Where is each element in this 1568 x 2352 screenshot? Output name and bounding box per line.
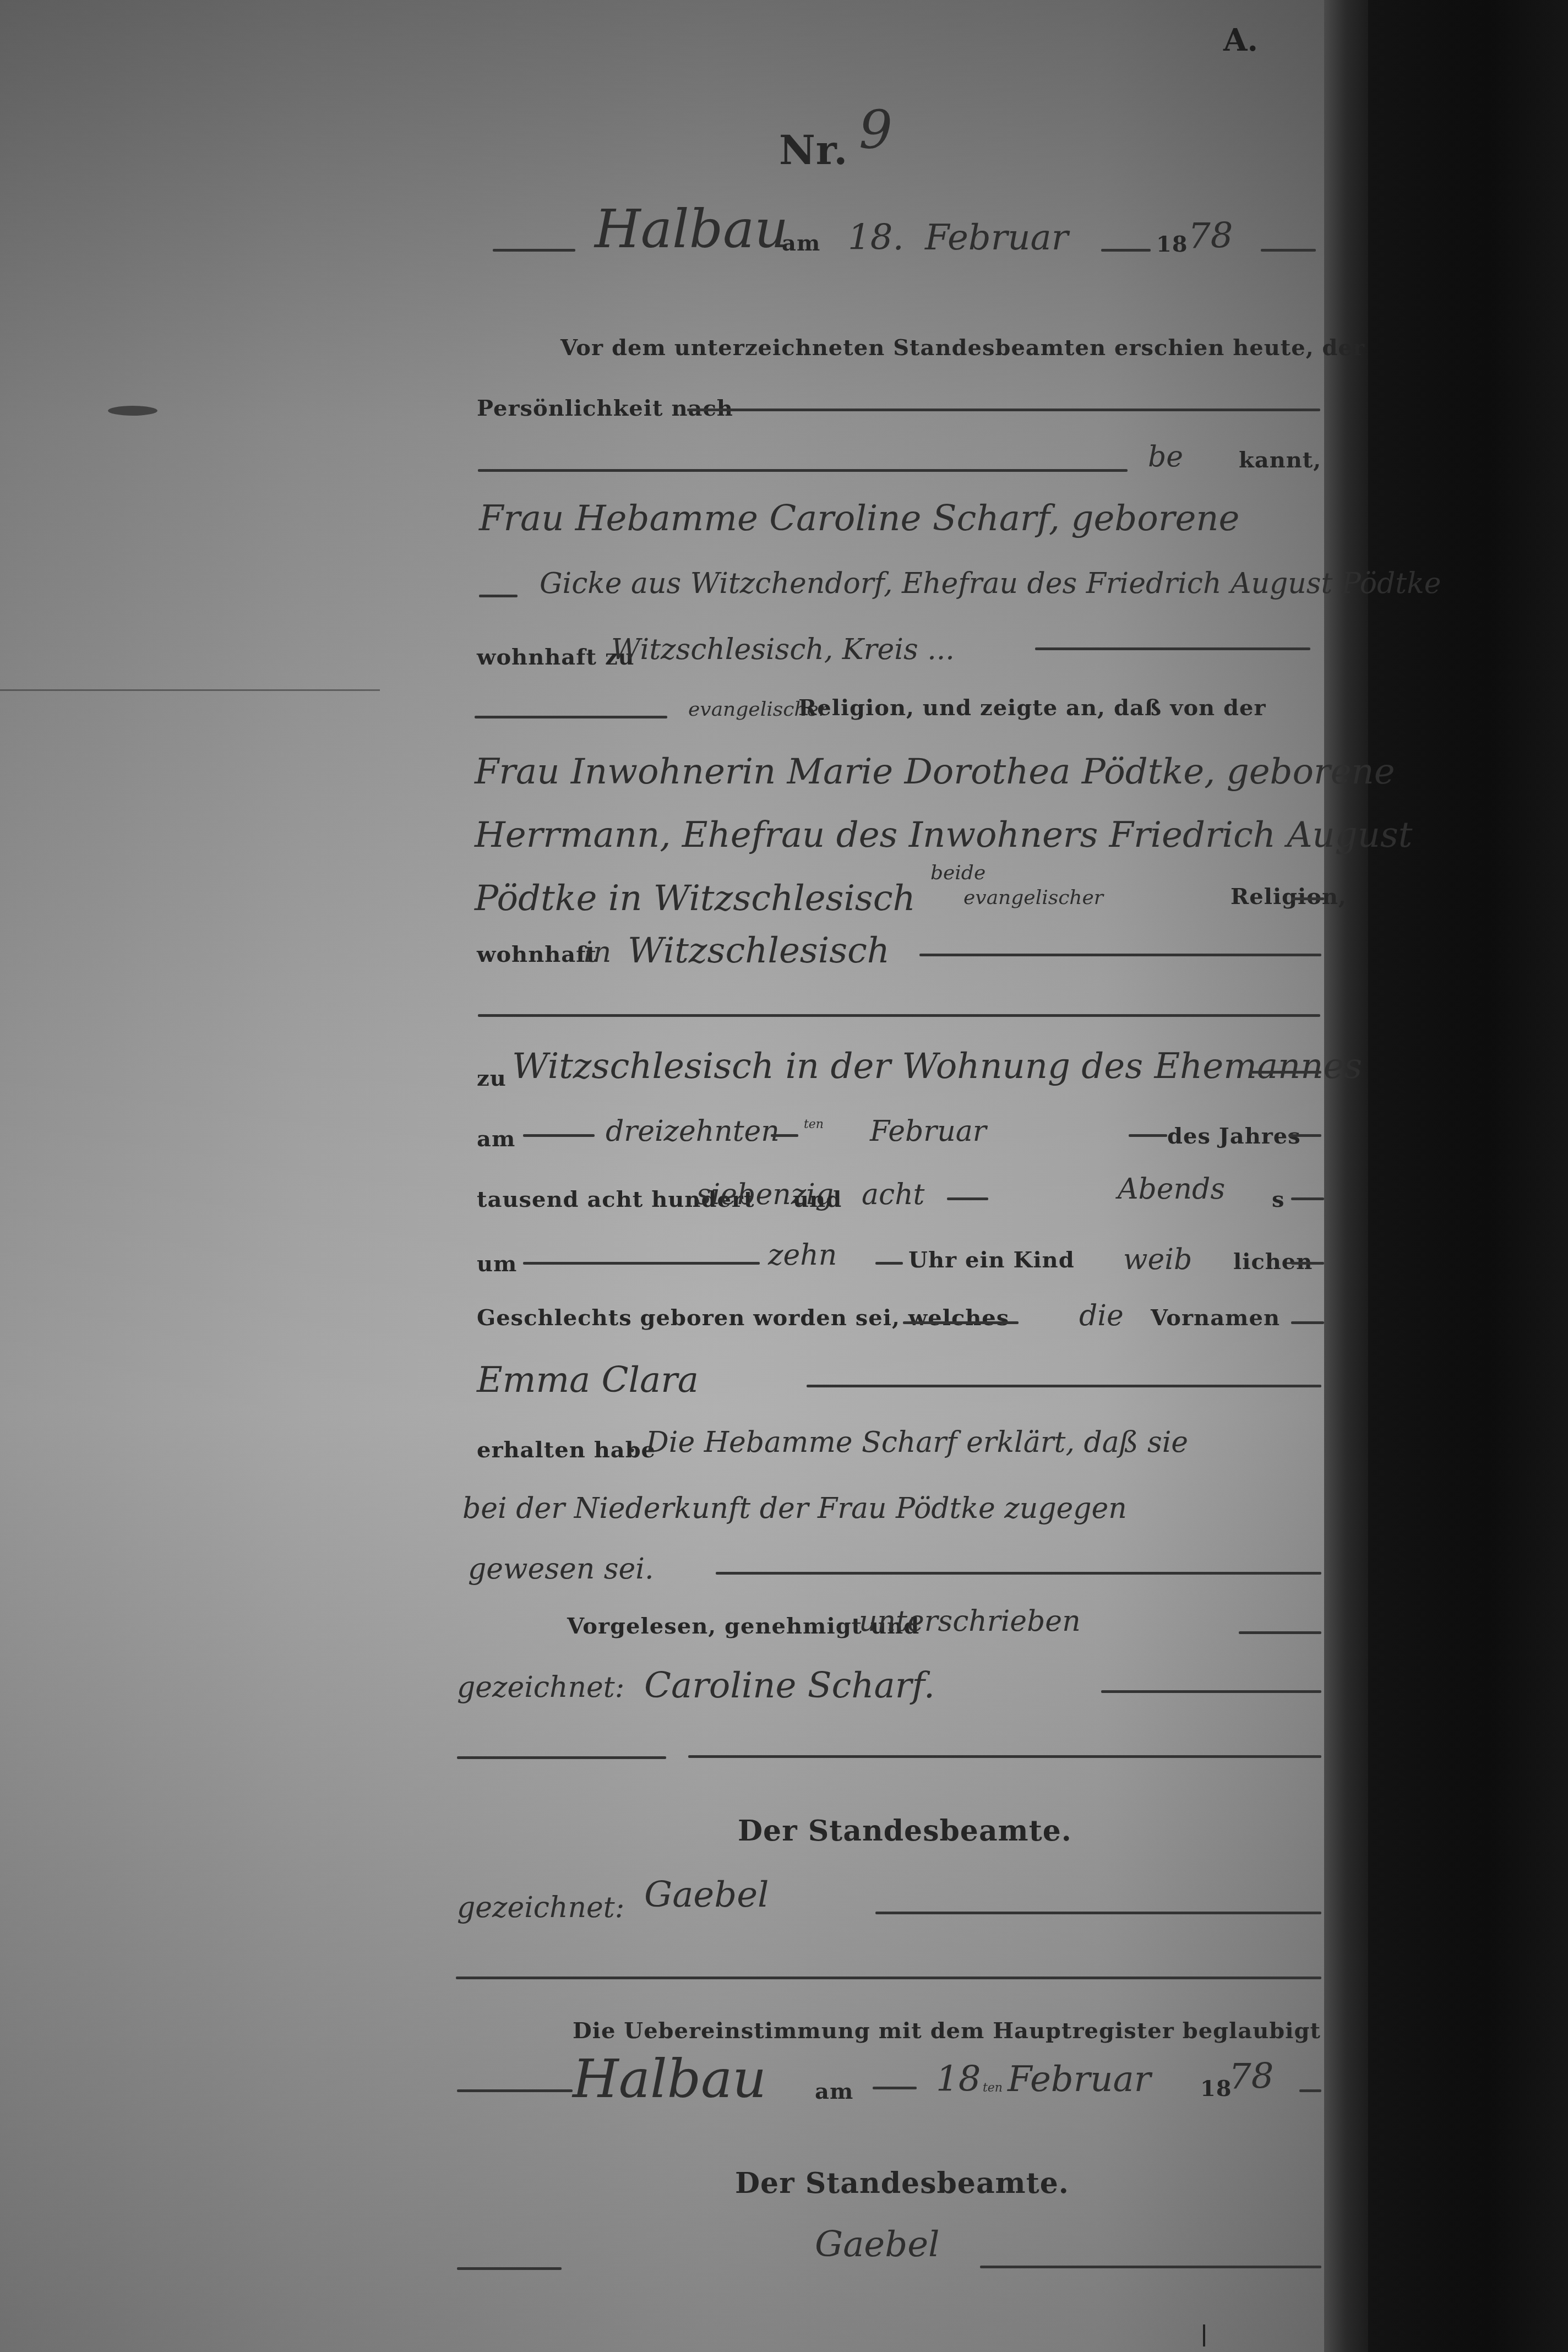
mother-residence-prefix: in	[584, 936, 611, 969]
rule	[1291, 1321, 1324, 1324]
ink-smudge	[108, 406, 157, 416]
year-suffix: 78	[1188, 216, 1233, 257]
informant-line-1: Frau Hebamme Caroline Scharf, geborene	[479, 498, 1239, 539]
year-units: acht	[862, 1178, 925, 1211]
rule	[1291, 1262, 1324, 1265]
religion-label-2: Religion,	[1231, 884, 1347, 910]
rule	[1250, 1071, 1321, 1074]
rule	[1129, 1134, 1167, 1137]
um-label: um	[477, 1251, 517, 1277]
record-number-label: Nr.	[779, 127, 848, 173]
remark-line-3: gewesen sei.	[468, 1553, 654, 1586]
certification-day-suffix: ten	[983, 2081, 1003, 2095]
child-article: die	[1079, 1299, 1124, 1332]
uhr-label: Uhr ein Kind	[908, 1247, 1075, 1273]
geschlechts-label: Geschlechts geboren worden sei, welches	[477, 1305, 1009, 1331]
rule	[493, 249, 575, 252]
margin-mark	[1203, 2324, 1205, 2346]
birth-month: Februar	[870, 1115, 987, 1148]
registrar-title-1: Der Standesbeamte.	[738, 1814, 1072, 1848]
informant-signature: Caroline Scharf.	[644, 1665, 935, 1706]
book-binding	[1368, 0, 1568, 2352]
informant-residence: Witzschlesisch, Kreis ...	[611, 633, 955, 666]
child-given-names: Emma Clara	[477, 1360, 699, 1401]
time-of-day: Abends	[1118, 1173, 1225, 1206]
rule	[479, 595, 518, 597]
rule	[947, 1197, 988, 1200]
religion-announce-line: Religion, und zeigte an, daß von der	[798, 695, 1266, 721]
und-label: und	[793, 1186, 842, 1212]
document-scan: A. Nr. 9 Halbau am 18. Februar 18 78 Vor…	[0, 0, 1568, 2352]
vornamen-label: Vornamen	[1151, 1305, 1280, 1331]
certification-day: 18	[936, 2059, 981, 2100]
rule	[807, 1385, 1321, 1387]
residence-label-2: wohnhaft	[477, 941, 597, 967]
rule	[1101, 249, 1151, 252]
certification-month: Februar	[1008, 2059, 1151, 2100]
remark-line-2: bei der Niederkunft der Frau Pödtke zuge…	[462, 1492, 1127, 1525]
rule	[457, 1756, 666, 1759]
intro-line-1: Vor dem unterzeichneten Standesbeamten e…	[560, 335, 1365, 361]
corner-mark: A.	[1223, 22, 1258, 58]
known-prefix: be	[1148, 440, 1183, 473]
rule	[475, 716, 667, 718]
certification-year-prefix: 18	[1200, 2076, 1232, 2101]
registrar-signed-prefix: gezeichnet:	[457, 1891, 624, 1924]
known-suffix: kannt,	[1239, 447, 1321, 473]
rule	[478, 1014, 1320, 1017]
rule	[875, 1262, 903, 1265]
rule	[873, 2087, 917, 2089]
registry-month: Februar	[925, 217, 1068, 258]
mother-line-1: Frau Inwohnerin Marie Dorothea Pödtke, g…	[475, 752, 1395, 792]
des-jahres-label: des Jahres	[1167, 1123, 1301, 1149]
remark-line-1: . Die Hebamme Scharf erklärt, daß sie	[628, 1426, 1188, 1459]
registry-day: 18.	[848, 217, 904, 258]
rule	[1288, 1134, 1321, 1137]
rule	[1101, 1690, 1321, 1693]
registrar-signature-1: Gaebel	[644, 1875, 769, 1915]
paper-crease	[0, 689, 380, 691]
rule	[1299, 2089, 1321, 2092]
rule	[688, 1755, 1321, 1758]
rule	[1239, 1631, 1321, 1634]
record-number-value: 9	[859, 99, 892, 161]
registrar-signature-2: Gaebel	[815, 2224, 939, 2265]
rule	[687, 409, 1320, 411]
rule	[457, 2267, 562, 2270]
mother-line-2: Herrmann, Ehefrau des Inwohners Friedric…	[475, 815, 1413, 856]
birth-day: dreizehnten	[606, 1115, 780, 1148]
informant-line-2: Gicke aus Witzchendorf, Ehefrau des Frie…	[540, 567, 1441, 600]
birth-hour: zehn	[768, 1239, 837, 1272]
am-label: am	[782, 230, 820, 256]
mother-religion-note: beide	[930, 862, 986, 884]
mother-residence: Witzschlesisch	[628, 930, 890, 971]
certification-am-label: am	[815, 2078, 853, 2104]
birth-place-label: zu	[477, 1065, 507, 1091]
rule	[875, 1912, 1321, 1914]
rule	[1261, 249, 1316, 252]
rule	[919, 954, 1321, 956]
rule	[771, 1134, 798, 1137]
rule	[903, 1321, 1019, 1324]
rule	[1291, 1197, 1324, 1200]
closing-signed-prefix: gezeichnet:	[457, 1671, 624, 1704]
rule	[478, 469, 1128, 472]
am-label-2: am	[477, 1126, 515, 1152]
rule	[1035, 647, 1310, 650]
rule	[523, 1262, 760, 1265]
rule	[523, 1134, 595, 1137]
certification-place: Halbau	[573, 2048, 766, 2110]
rule	[457, 2089, 573, 2092]
registry-place: Halbau	[595, 198, 788, 260]
certification-year-suffix: 78	[1229, 2056, 1273, 2097]
vorgelesen-handwritten: unterschrieben	[859, 1605, 1081, 1638]
rule	[980, 2266, 1321, 2268]
year-prefix: 18	[1156, 231, 1188, 257]
birth-day-suffix: ten	[804, 1118, 824, 1131]
rule	[1291, 897, 1324, 900]
rule	[716, 1572, 1321, 1575]
mother-religion: evangelischer	[963, 886, 1103, 909]
rule	[456, 1977, 1321, 1979]
certification-text: Die Uebereinstimmung mit dem Hauptregist…	[573, 2018, 1321, 2044]
mother-line-3: Pödtke in Witzschlesisch	[475, 878, 916, 919]
registrar-title-2: Der Standesbeamte.	[735, 2166, 1069, 2200]
child-sex: weib	[1123, 1243, 1192, 1276]
birth-place: Witzschlesisch in der Wohnung des Eheman…	[512, 1046, 1362, 1087]
time-of-day-suffix: s	[1272, 1186, 1285, 1212]
